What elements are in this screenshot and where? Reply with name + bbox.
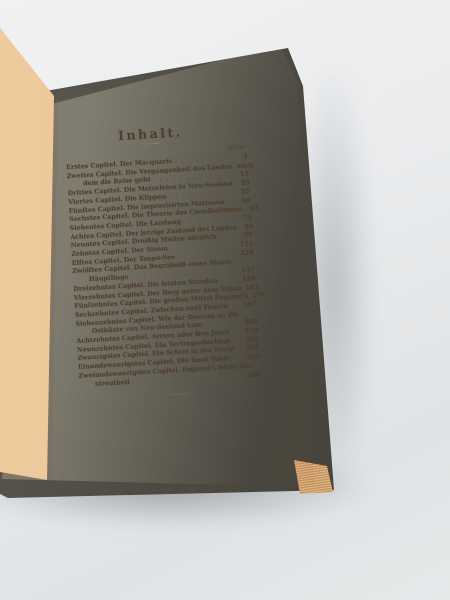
page-number: 260 (247, 371, 261, 380)
dot-leader (239, 315, 258, 316)
photo-of-open-book: Inhalt. Seite Erstes Capitel. Der Macqua… (0, 0, 450, 600)
toc-line-text: streutheit (95, 378, 131, 389)
heading-rule (142, 143, 160, 145)
toc-rows: Erstes Capitel. Der Macquarie . . . . . … (54, 153, 263, 391)
page-number: 124 (240, 249, 254, 258)
page-number: 63 (245, 205, 258, 214)
page-number: 178 (252, 292, 266, 301)
toc-content: Inhalt. Seite Erstes Capitel. Der Macqua… (52, 119, 264, 401)
page-number: 187 (243, 301, 257, 310)
dot-leader (233, 263, 254, 264)
